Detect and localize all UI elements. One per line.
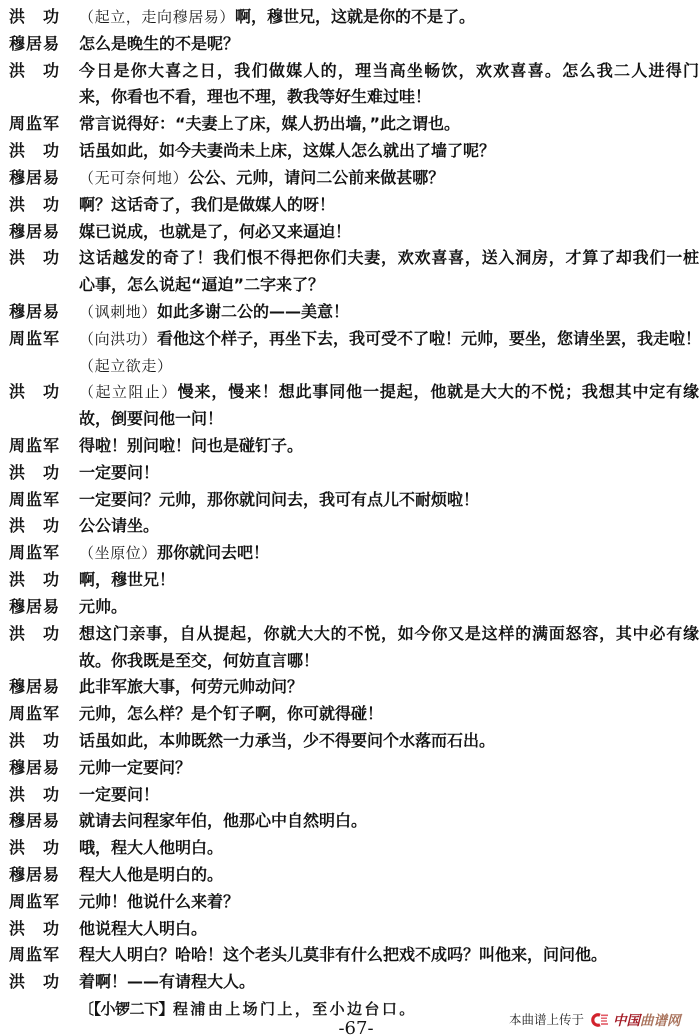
script-line: 周监军程大人明白？哈哈！这个老头儿莫非有什么把戏不成吗？叫他来，问问他。 <box>0 942 700 969</box>
script-line: 穆居易元帅一定要问？ <box>0 755 700 782</box>
dialogue-entry: 洪 功一定要问！ <box>0 782 700 809</box>
speaker-name: 洪 功 <box>9 138 61 165</box>
dialogue-text: 着啊！——有请程大人。 <box>79 972 255 991</box>
speaker-name: 周监军 <box>9 942 61 969</box>
dialogue-entry: 周监军常言说得好：“夫妻上了床，媒人扔出墙，”此之谓也。 <box>0 111 700 138</box>
dialogue-entry: 穆居易此非军旅大事，何劳元帅动问？ <box>0 674 700 701</box>
dialogue-text: 话虽如此，本帅既然一力承当，少不得要问个水落而石出。 <box>79 731 495 750</box>
line-text: 公公请坐。 <box>79 513 699 540</box>
line-text: 得啦！别问啦！问也是碰钉子。 <box>79 433 699 460</box>
dialogue-entry: 洪 功今日是你大喜之日，我们做媒人的，理当高坐畅饮，欢欢喜喜。怎么我二人进得门来… <box>0 58 700 112</box>
script-line: 来，你看也不看，理也不理，教我等好生难过哇！ <box>0 84 700 111</box>
speaker-name: 洪 功 <box>9 621 61 648</box>
line-text: （讽刺地）如此多谢二公的——美意！ <box>79 299 699 326</box>
script-line: 穆居易元帅。 <box>0 594 700 621</box>
dialogue-text: 怎么是晚生的不是呢？ <box>79 34 239 53</box>
watermark-brand-secondary: 曲谱网 <box>640 1009 681 1029</box>
speaker-name: 洪 功 <box>9 245 61 272</box>
dialogue-text: 一定要问！ <box>79 785 159 804</box>
script-line: 周监军（坐原位）那你就问去吧！ <box>0 540 700 567</box>
speaker-name: 穆居易 <box>9 31 61 58</box>
line-text: 一定要问！ <box>79 460 699 487</box>
line-text: 着啊！——有请程大人。 <box>79 969 699 996</box>
stage-direction: （起立，走向穆居易） <box>79 8 235 26</box>
line-text: 哦，程大人他明白。 <box>79 835 699 862</box>
dialogue-text: 程大人明白？哈哈！这个老头儿莫非有什么把戏不成吗？叫他来，问问他。 <box>79 945 607 964</box>
stage-direction: （向洪功） <box>79 330 157 348</box>
dialogue-text: 啊，穆世兄，这就是你的不是了。 <box>235 7 475 26</box>
speaker-name: 穆居易 <box>9 674 61 701</box>
dialogue-entry: 洪 功话虽如此，如今夫妻尚未上床，这媒人怎么就出了墙了呢？ <box>0 138 700 165</box>
line-text: 程大人他是明白的。 <box>79 862 699 889</box>
watermark-brand-primary: 中国 <box>613 1009 640 1029</box>
line-text: （无可奈何地）公公、元帅，请问二公前来做甚哪？ <box>79 165 699 192</box>
dialogue-entry: 穆居易程大人他是明白的。 <box>0 862 700 889</box>
line-text: 啊？这话奇了，我们是做媒人的呀！ <box>79 192 699 219</box>
watermark-prefix: 本曲谱上传于 <box>509 1010 584 1028</box>
dialogue-text: 得啦！别问啦！问也是碰钉子。 <box>79 436 303 455</box>
speaker-name: 穆居易 <box>9 165 61 192</box>
line-text: 一定要问！ <box>79 782 699 809</box>
script-line: 洪 功（起立，走向穆居易）啊，穆世兄，这就是你的不是了。 <box>0 4 700 31</box>
speaker-name: 洪 功 <box>9 969 61 996</box>
dialogue-text: 元帅。 <box>79 597 127 616</box>
script-line: 周监军一定要问？元帅，那你就问问去，我可有点儿不耐烦啦！ <box>0 487 700 514</box>
dialogue-text: 故，倒要问他一问！ <box>79 409 223 428</box>
speaker-name: 穆居易 <box>9 755 61 782</box>
dialogue-text: 今日是你大喜之日，我们做媒人的，理当高坐畅饮，欢欢喜喜。怎么我二人进得门 <box>79 61 699 80</box>
line-text: 就请去问程家年伯，他那心中自然明白。 <box>79 808 699 835</box>
script-line: 心事，怎么说起“逼迫”二字来了？ <box>0 272 700 299</box>
script-line: 故，倒要问他一问！ <box>0 406 700 433</box>
music-cue: 〔【小锣二下】 <box>79 1000 173 1018</box>
dialogue-text: 这话越发的奇了！我们恨不得把你们夫妻，欢欢喜喜，送入洞房，才算了却我们一桩 <box>79 248 699 267</box>
dialogue-entry: 洪 功公公请坐。 <box>0 513 700 540</box>
line-text: 元帅一定要问？ <box>79 755 699 782</box>
script-line: 洪 功想这门亲事，自从提起，你就大大的不悦，如今你又是这样的满面怒容，其中必有缘 <box>0 621 700 648</box>
line-text: 程大人明白？哈哈！这个老头儿莫非有什么把戏不成吗？叫他来，问问他。 <box>79 942 699 969</box>
dialogue-entry: 周监军（向洪功）看他这个样子，再坐下去，我可受不了啦！元帅，要坐，您请坐罢，我走… <box>0 326 700 380</box>
speaker-name: 洪 功 <box>9 916 61 943</box>
script-line: 洪 功话虽如此，如今夫妻尚未上床，这媒人怎么就出了墙了呢？ <box>0 138 700 165</box>
line-text: 元帅！他说什么来着？ <box>79 889 699 916</box>
dialogue-text: 元帅，怎么样？是个钉子啊，你可就得碰！ <box>79 704 383 723</box>
dialogue-text: 话虽如此，如今夫妻尚未上床，这媒人怎么就出了墙了呢？ <box>79 141 495 160</box>
line-text: （起立，走向穆居易）啊，穆世兄，这就是你的不是了。 <box>79 4 699 31</box>
line-text: 元帅，怎么样？是个钉子啊，你可就得碰！ <box>79 701 699 728</box>
line-text: 今日是你大喜之日，我们做媒人的，理当高坐畅饮，欢欢喜喜。怎么我二人进得门 <box>79 58 699 85</box>
script-line: 洪 功今日是你大喜之日，我们做媒人的，理当高坐畅饮，欢欢喜喜。怎么我二人进得门 <box>0 58 700 85</box>
speaker-name: 洪 功 <box>9 192 61 219</box>
dialogue-text: 慢来，慢来！想此事同他一提起，他就是大大的不悦；我想其中定有缘 <box>178 382 699 401</box>
speaker-name: 周监军 <box>9 487 61 514</box>
script-line: 洪 功话虽如此，本帅既然一力承当，少不得要问个水落而石出。 <box>0 728 700 755</box>
script-line: （起立欲走） <box>0 353 700 380</box>
dialogue-entry: 周监军元帅，怎么样？是个钉子啊，你可就得碰！ <box>0 701 700 728</box>
dialogue-text: 看他这个样子，再坐下去，我可受不了啦！元帅，要坐，您请坐罢，我走啦！ <box>157 329 700 348</box>
dialogue-entry: 周监军元帅！他说什么来着？ <box>0 889 700 916</box>
speaker-name: 洪 功 <box>9 460 61 487</box>
dialogue-text: 啊？这话奇了，我们是做媒人的呀！ <box>79 195 335 214</box>
line-text: 此非军旅大事，何劳元帅动问？ <box>79 674 699 701</box>
line-text: 这话越发的奇了！我们恨不得把你们夫妻，欢欢喜喜，送入洞房，才算了却我们一桩 <box>79 245 699 272</box>
dialogue-text: 此非军旅大事，何劳元帅动问？ <box>79 677 303 696</box>
upload-watermark: 本曲谱上传于 中国 曲谱网 <box>509 1010 681 1028</box>
dialogue-entry: 洪 功一定要问！ <box>0 460 700 487</box>
line-text: （起立阻止）慢来，慢来！想此事同他一提起，他就是大大的不悦；我想其中定有缘 <box>79 379 699 406</box>
dialogue-text: 元帅一定要问？ <box>79 758 191 777</box>
dialogue-entry: 周监军得啦！别问啦！问也是碰钉子。 <box>0 433 700 460</box>
dialogue-text: 常言说得好：“夫妻上了床，媒人扔出墙，”此之谓也。 <box>79 114 460 133</box>
dialogue-text: 来，你看也不看，理也不理，教我等好生难过哇！ <box>79 87 431 106</box>
script-line: 周监军（向洪功）看他这个样子，再坐下去，我可受不了啦！元帅，要坐，您请坐罢，我走… <box>0 326 700 353</box>
speaker-name: 穆居易 <box>9 594 61 621</box>
speaker-name: 周监军 <box>9 326 61 353</box>
dialogue-entry: 洪 功想这门亲事，自从提起，你就大大的不悦，如今你又是这样的满面怒容，其中必有缘… <box>0 621 700 675</box>
stage-direction: （起立欲走） <box>79 357 173 375</box>
line-text: 元帅。 <box>79 594 699 621</box>
line-text: 来，你看也不看，理也不理，教我等好生难过哇！ <box>79 84 699 111</box>
speaker-name: 洪 功 <box>9 379 61 406</box>
line-text: 心事，怎么说起“逼迫”二字来了？ <box>79 272 699 299</box>
dialogue-text: 故。你我既是至交，何妨直言哪！ <box>79 651 319 670</box>
dialogue-entry: 穆居易元帅一定要问？ <box>0 755 700 782</box>
line-text: 常言说得好：“夫妻上了床，媒人扔出墙，”此之谓也。 <box>79 111 699 138</box>
dialogue-text: 元帅！他说什么来着？ <box>79 892 239 911</box>
speaker-name: 周监军 <box>9 701 61 728</box>
script-line: 故。你我既是至交，何妨直言哪！ <box>0 648 700 675</box>
script-line: 洪 功公公请坐。 <box>0 513 700 540</box>
script-line: 洪 功着啊！——有请程大人。 <box>0 969 700 996</box>
script-body: 洪 功（起立，走向穆居易）啊，穆世兄，这就是你的不是了。穆居易怎么是晚生的不是呢… <box>0 4 700 1023</box>
dialogue-entry: 洪 功哦，程大人他明白。 <box>0 835 700 862</box>
line-text: 啊，穆世兄！ <box>79 567 699 594</box>
script-line: 洪 功这话越发的奇了！我们恨不得把你们夫妻，欢欢喜喜，送入洞房，才算了却我们一桩 <box>0 245 700 272</box>
line-text: 想这门亲事，自从提起，你就大大的不悦，如今你又是这样的满面怒容，其中必有缘 <box>79 621 699 648</box>
dialogue-text: 媒已说成，也就是了，何必又来逼迫！ <box>79 222 351 241</box>
dialogue-text: 公公请坐。 <box>79 516 159 535</box>
script-line: 洪 功啊？这话奇了，我们是做媒人的呀！ <box>0 192 700 219</box>
line-text: 话虽如此，如今夫妻尚未上床，这媒人怎么就出了墙了呢？ <box>79 138 699 165</box>
script-page: 洪 功（起立，走向穆居易）啊，穆世兄，这就是你的不是了。穆居易怎么是晚生的不是呢… <box>0 0 700 1036</box>
dialogue-text: 他说程大人明白。 <box>79 919 207 938</box>
script-line: 周监军元帅！他说什么来着？ <box>0 889 700 916</box>
speaker-name: 洪 功 <box>9 567 61 594</box>
stage-direction: 程浦由上场门上，至小边台口。 <box>173 1000 417 1018</box>
dialogue-entry: 洪 功啊？这话奇了，我们是做媒人的呀！ <box>0 192 700 219</box>
stage-direction: （无可奈何地） <box>79 169 188 187</box>
speaker-name: 周监军 <box>9 111 61 138</box>
script-line: 洪 功一定要问！ <box>0 782 700 809</box>
line-text: （坐原位）那你就问去吧！ <box>79 540 699 567</box>
dialogue-text: 心事，怎么说起“逼迫”二字来了？ <box>79 275 324 294</box>
script-line: 穆居易此非军旅大事，何劳元帅动问？ <box>0 674 700 701</box>
dialogue-entry: 穆居易怎么是晚生的不是呢？ <box>0 31 700 58</box>
script-line: 穆居易程大人他是明白的。 <box>0 862 700 889</box>
script-line: 洪 功（起立阻止）慢来，慢来！想此事同他一提起，他就是大大的不悦；我想其中定有缘 <box>0 379 700 406</box>
line-text: 故。你我既是至交，何妨直言哪！ <box>79 648 699 675</box>
page-number: -67- <box>328 1020 384 1036</box>
dialogue-text: 哦，程大人他明白。 <box>79 838 223 857</box>
dialogue-text: 公公、元帅，请问二公前来做甚哪？ <box>188 168 444 187</box>
dialogue-entry: 洪 功着啊！——有请程大人。 <box>0 969 700 996</box>
speaker-name: 洪 功 <box>9 4 61 31</box>
dialogue-text: 一定要问？元帅，那你就问问去，我可有点儿不耐烦啦！ <box>79 490 479 509</box>
speaker-name: 周监军 <box>9 433 61 460</box>
dialogue-entry: 洪 功（起立阻止）慢来，慢来！想此事同他一提起，他就是大大的不悦；我想其中定有缘… <box>0 379 700 433</box>
line-text: 一定要问？元帅，那你就问问去，我可有点儿不耐烦啦！ <box>79 487 699 514</box>
stage-direction: （讽刺地） <box>79 303 157 321</box>
dialogue-entry: 洪 功（起立，走向穆居易）啊，穆世兄，这就是你的不是了。 <box>0 4 700 31</box>
line-text: 他说程大人明白。 <box>79 916 699 943</box>
line-text: 怎么是晚生的不是呢？ <box>79 31 699 58</box>
dialogue-text: 一定要问！ <box>79 463 159 482</box>
dialogue-entry: 穆居易就请去问程家年伯，他那心中自然明白。 <box>0 808 700 835</box>
script-line: 周监军常言说得好：“夫妻上了床，媒人扔出墙，”此之谓也。 <box>0 111 700 138</box>
script-line: 穆居易怎么是晚生的不是呢？ <box>0 31 700 58</box>
stage-direction: （坐原位） <box>79 544 157 562</box>
speaker-name: 穆居易 <box>9 219 61 246</box>
script-line: 穆居易就请去问程家年伯，他那心中自然明白。 <box>0 808 700 835</box>
line-text: （向洪功）看他这个样子，再坐下去，我可受不了啦！元帅，要坐，您请坐罢，我走啦！ <box>79 326 699 353</box>
line-text: 媒已说成，也就是了，何必又来逼迫！ <box>79 219 699 246</box>
dialogue-entry: 洪 功这话越发的奇了！我们恨不得把你们夫妻，欢欢喜喜，送入洞房，才算了却我们一桩… <box>0 245 700 299</box>
script-line: 洪 功哦，程大人他明白。 <box>0 835 700 862</box>
qupu-logo-icon <box>591 1012 611 1026</box>
dialogue-entry: 穆居易（讽刺地）如此多谢二公的——美意！ <box>0 299 700 326</box>
script-line: 周监军元帅，怎么样？是个钉子啊，你可就得碰！ <box>0 701 700 728</box>
line-text: 话虽如此，本帅既然一力承当，少不得要问个水落而石出。 <box>79 728 699 755</box>
dialogue-entry: 穆居易媒已说成，也就是了，何必又来逼迫！ <box>0 219 700 246</box>
script-line: 洪 功一定要问！ <box>0 460 700 487</box>
speaker-name: 洪 功 <box>9 782 61 809</box>
dialogue-text: 就请去问程家年伯，他那心中自然明白。 <box>79 811 367 830</box>
line-text: （起立欲走） <box>79 353 699 380</box>
dialogue-entry: 周监军（坐原位）那你就问去吧！ <box>0 540 700 567</box>
speaker-name: 穆居易 <box>9 808 61 835</box>
dialogue-entry: 洪 功啊，穆世兄！ <box>0 567 700 594</box>
speaker-name: 周监军 <box>9 889 61 916</box>
stage-direction: （起立阻止） <box>79 383 178 401</box>
script-line: 穆居易（讽刺地）如此多谢二公的——美意！ <box>0 299 700 326</box>
speaker-name: 洪 功 <box>9 513 61 540</box>
speaker-name: 洪 功 <box>9 728 61 755</box>
dialogue-entry: 洪 功他说程大人明白。 <box>0 916 700 943</box>
dialogue-text: 那你就问去吧！ <box>157 543 269 562</box>
dialogue-text: 程大人他是明白的。 <box>79 865 223 884</box>
dialogue-entry: 周监军一定要问？元帅，那你就问问去，我可有点儿不耐烦啦！ <box>0 487 700 514</box>
script-line: 洪 功他说程大人明白。 <box>0 916 700 943</box>
line-text: 故，倒要问他一问！ <box>79 406 699 433</box>
dialogue-entry: 穆居易元帅。 <box>0 594 700 621</box>
speaker-name: 穆居易 <box>9 862 61 889</box>
script-line: 周监军得啦！别问啦！问也是碰钉子。 <box>0 433 700 460</box>
dialogue-text: 想这门亲事，自从提起，你就大大的不悦，如今你又是这样的满面怒容，其中必有缘 <box>79 624 699 643</box>
script-line: 穆居易媒已说成，也就是了，何必又来逼迫！ <box>0 219 700 246</box>
speaker-name: 穆居易 <box>9 299 61 326</box>
speaker-name: 周监军 <box>9 540 61 567</box>
dialogue-text: 啊，穆世兄！ <box>79 570 175 589</box>
script-line: 洪 功啊，穆世兄！ <box>0 567 700 594</box>
dialogue-entry: 洪 功话虽如此，本帅既然一力承当，少不得要问个水落而石出。 <box>0 728 700 755</box>
speaker-name: 洪 功 <box>9 835 61 862</box>
dialogue-entry: 穆居易（无可奈何地）公公、元帅，请问二公前来做甚哪？ <box>0 165 700 192</box>
dialogue-text: 如此多谢二公的——美意！ <box>157 302 349 321</box>
dialogue-entry: 周监军程大人明白？哈哈！这个老头儿莫非有什么把戏不成吗？叫他来，问问他。 <box>0 942 700 969</box>
script-line: 穆居易（无可奈何地）公公、元帅，请问二公前来做甚哪？ <box>0 165 700 192</box>
speaker-name: 洪 功 <box>9 58 61 85</box>
